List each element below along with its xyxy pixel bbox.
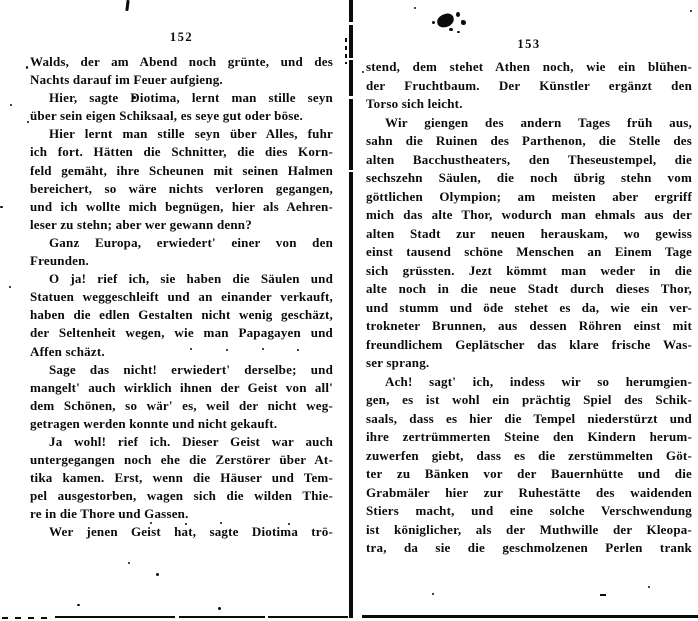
scan-speck	[600, 594, 606, 596]
text-line: sich grüssten. Jezt kömmt man weder in d…	[366, 262, 692, 281]
text-line: getragen werden konnte und nicht gekauft…	[30, 415, 333, 433]
text-line: alten Bacchustheaters, den Theseustempel…	[366, 151, 692, 170]
scan-speck	[26, 66, 28, 69]
text-line: freundlichem Geplätscher das klare frisc…	[366, 336, 692, 355]
ink-blot-satellite	[449, 28, 453, 31]
scan-speck	[288, 523, 290, 525]
text-line: Statuen weggeschleift und an einander ve…	[30, 288, 333, 306]
scan-speck	[0, 206, 3, 208]
text-line: über sein eigen Schiksaal, es seye gut o…	[30, 107, 333, 125]
text-line: Wer jenen Geist hat, sagte Diotima trö-	[30, 523, 333, 541]
text-line: Walds, der am Abend noch grünte, und des	[30, 53, 333, 71]
text-line: zuwerfen giebt, dass es die zerstümmelte…	[366, 447, 692, 466]
text-line: tika kamen. Erst, wenn die Häuser und Te…	[30, 469, 333, 487]
scan-speck	[27, 121, 29, 123]
text-line: haben die edlen Gestalten nicht wenig ge…	[30, 306, 333, 324]
scan-speck	[77, 604, 80, 606]
ink-blot-satellite	[456, 12, 460, 17]
text-line: ter zu Bänken vor der Bauernhütte und di…	[366, 465, 692, 484]
page-number-right: 153	[366, 37, 692, 52]
ink-blot-satellite	[457, 31, 460, 33]
scan-speck	[185, 523, 187, 525]
text-line: gen, es ist wohl ein prächtig Spiel des …	[366, 391, 692, 410]
scan-speck	[432, 593, 434, 595]
text-line: ihre zertrümmerten Steine den Kindern he…	[366, 428, 692, 447]
text-line: sahn die Ruinen des Parthenon, die Stell…	[366, 132, 692, 151]
text-line: saals, dass es hier die Tempel niederstü…	[366, 410, 692, 429]
text-line: bereichert, so wäre nichts verloren gega…	[30, 180, 333, 198]
ink-blot-satellite	[414, 7, 416, 9]
gutter-divider-dashes	[345, 38, 347, 64]
text-line: ist königlicher, als der Muthwille der K…	[366, 521, 692, 540]
page-text-left: Walds, der am Abend noch grünte, und des…	[30, 53, 333, 542]
text-line: mich das alte Thor, wodurch man ehmals a…	[366, 206, 692, 225]
scan-speck	[128, 562, 130, 564]
bottom-rule-left	[55, 616, 348, 618]
ink-blot-satellite	[432, 21, 435, 24]
text-line: sechszehn Säulen, die noch übrig stehn v…	[366, 169, 692, 188]
text-line: Sage das nicht! erwiedert' derselbe; und	[30, 361, 333, 379]
text-line: O ja! rief ich, sie haben die Säulen und	[30, 270, 333, 288]
text-line: der Seltenheit wegen, wie man Papagayen …	[30, 324, 333, 342]
text-line: trokneter Brunnen, aus dessen Röhren ein…	[366, 317, 692, 336]
text-line: Hier lernt man stille seyn über Alles, f…	[30, 125, 333, 143]
text-line: Freunden.	[30, 252, 333, 270]
text-line: feld gemäht, ihre Scheunen mit seinen Ha…	[30, 162, 333, 180]
text-line: einst tausend schöne Menschen an Einem T…	[366, 243, 692, 262]
text-line: Stiers macht, und eine solche Verschwend…	[366, 502, 692, 521]
scan-speck	[690, 10, 692, 12]
text-line: re in die Thore und Gassen.	[30, 505, 333, 523]
bottom-rule-left-dashes	[2, 617, 52, 619]
text-line: und ich wollte mich begnügen, hier als A…	[30, 198, 333, 216]
text-line: ich fort. Hätten die Schnitter, die dies…	[30, 143, 333, 161]
gutter-divider-line	[349, 0, 353, 618]
scan-speck	[218, 607, 221, 610]
text-line: pel ausgestorben, wagen sich die wilden …	[30, 487, 333, 505]
scan-speck	[297, 349, 299, 351]
page-number-left: 152	[30, 30, 333, 45]
text-line: Nachts darauf im Feuer aufgieng.	[30, 71, 333, 89]
text-line: stend, dem stehet Athen noch, wie ein bl…	[366, 58, 692, 77]
ink-blot-satellite	[461, 20, 466, 25]
scan-speck	[220, 522, 222, 524]
text-line: göttlichen Olympion; am meisten aber erg…	[366, 188, 692, 207]
text-line: ser sprang.	[366, 354, 692, 373]
text-line: und stumm und öde stehet es da, wie ein …	[366, 299, 692, 318]
text-line: Grabmäler hier zur Ruhestätte des waiden…	[366, 484, 692, 503]
scan-speck	[262, 348, 264, 350]
text-line: Ach! sagt' ich, indess wir so herumgien-	[366, 373, 692, 392]
text-line: Hier, sagte Diotima, lernt man stille se…	[30, 89, 333, 107]
text-line: alte noch in die neue Stadt durch dieses…	[366, 280, 692, 299]
scan-speck	[648, 586, 650, 588]
text-line: Affen schäzt.	[30, 343, 333, 361]
text-line: mangelt' auch wirklich ihnen der Geist v…	[30, 379, 333, 397]
text-line: der Fruchtbaum. Der Künstler ergänzt den	[366, 77, 692, 96]
scan-speck	[133, 96, 136, 99]
scan-speck	[150, 522, 152, 524]
text-line: Ganz Europa, erwiedert' einer von den	[30, 234, 333, 252]
scan-speck	[125, 0, 129, 11]
page-text-right: stend, dem stehet Athen noch, wie ein bl…	[366, 58, 692, 558]
scan-speck	[156, 573, 159, 576]
scan-speck	[362, 71, 364, 73]
text-line: tra, da sie die geschmolzenen Perlen tra…	[366, 539, 692, 558]
text-line: Wir giengen des andern Tages früh aus,	[366, 114, 692, 133]
text-line: Torso sich leicht.	[366, 95, 692, 114]
text-line: alten Stadt zur neuen herauskam, wo gewi…	[366, 225, 692, 244]
scan-speck	[190, 348, 192, 350]
ink-blot-main	[436, 12, 455, 28]
text-line: untergegangen noch ehe die Zerstörer übe…	[30, 451, 333, 469]
text-line: leser zu stehn; aber wer gewann denn?	[30, 216, 333, 234]
text-line: Ja wohl! rief ich. Dieser Geist war auch	[30, 433, 333, 451]
scan-speck	[226, 349, 228, 351]
scan-speck	[10, 104, 12, 106]
bottom-rule-right	[362, 615, 698, 618]
scan-speck	[9, 286, 11, 288]
text-line: dem Schönen, so wär' es, weil der nicht …	[30, 397, 333, 415]
